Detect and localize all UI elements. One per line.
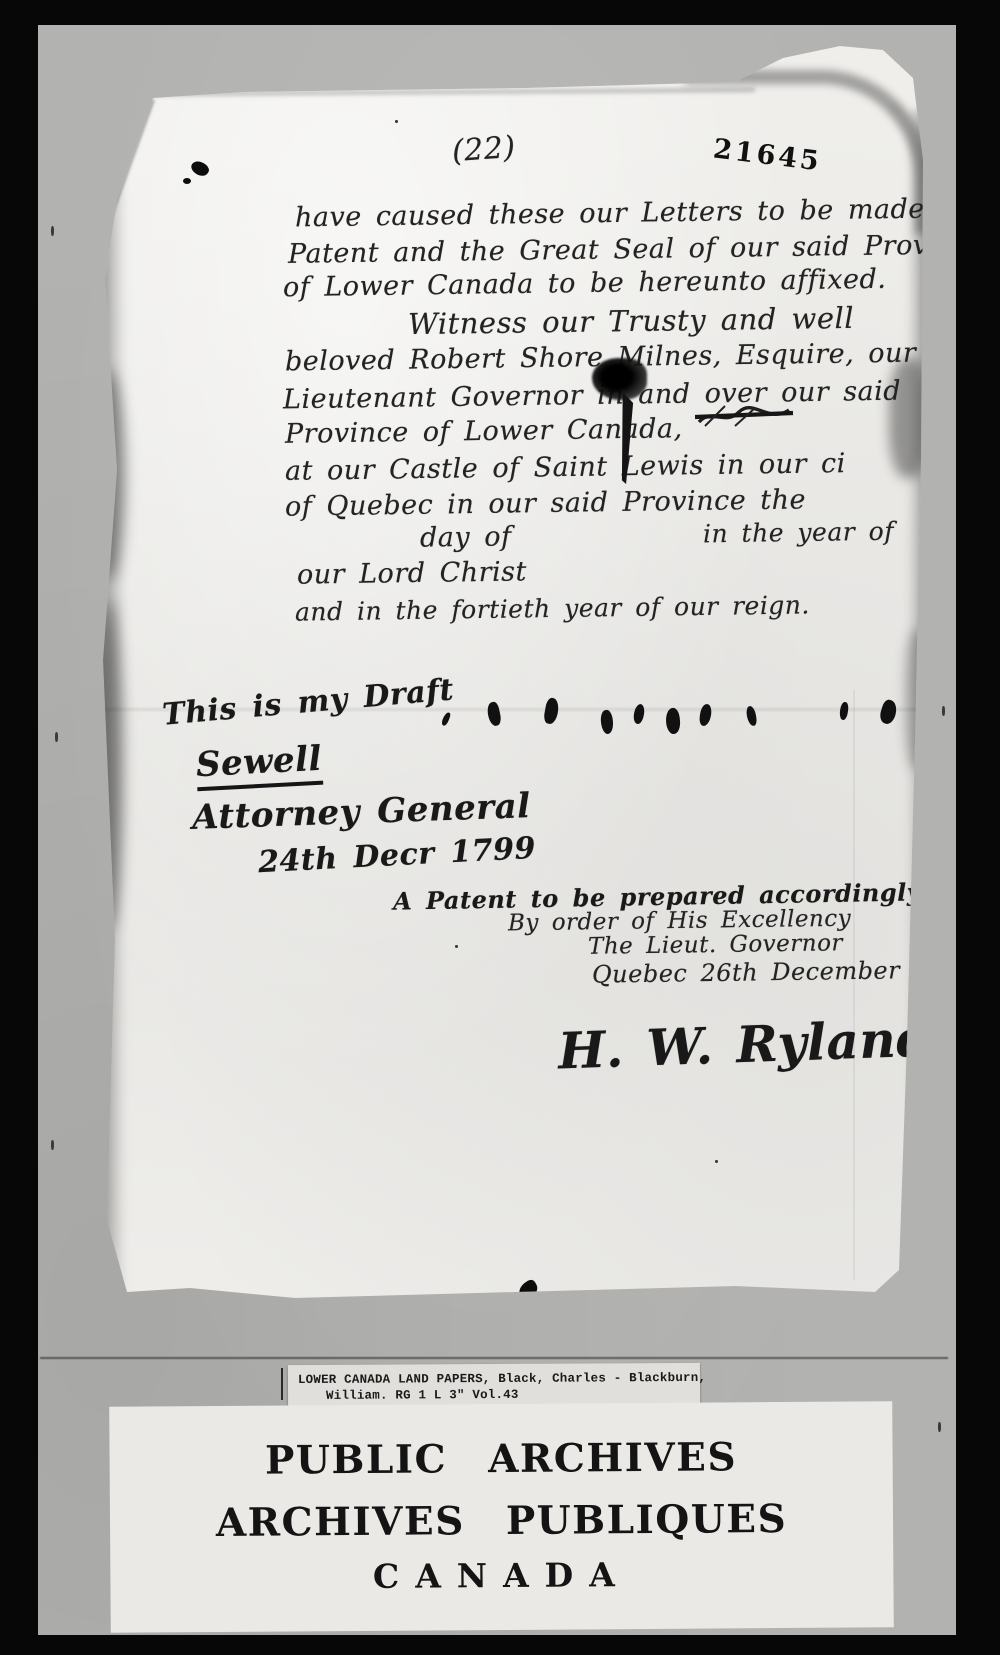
paper-speck (455, 945, 458, 948)
manuscript-line: and in the fortieth year of our reign. (295, 590, 810, 626)
film-frame: (22) 21645 have caused these our Letters… (0, 0, 1000, 1655)
stitch-mark (441, 711, 451, 726)
signer-title: Attorney General (191, 786, 531, 838)
stitch-mark (632, 703, 647, 725)
film-speck (51, 1140, 54, 1150)
stitch-mark (665, 707, 682, 734)
stamp-line-archives-publiques: ARCHIVES PUBLIQUES (110, 1495, 893, 1546)
manuscript-line: Witness our Trusty and well (408, 301, 855, 341)
page-number: (22) (451, 130, 517, 169)
draft-date: 24th Decr 1799 (257, 831, 536, 881)
manuscript-line: of Lower Canada to be hereunto affixed. (283, 264, 887, 303)
ink-blot (183, 178, 191, 184)
paper-speck (395, 120, 398, 123)
document-page: (22) 21645 have caused these our Letters… (95, 40, 927, 1318)
manuscript-in-the-year: in the year of (703, 517, 894, 549)
stamp-line-canada: CANADA (110, 1553, 893, 1597)
manuscript-line: of Quebec in our said Province the (285, 484, 806, 522)
manuscript-line: at our Castle of Saint Lewis in our ci (285, 448, 846, 487)
stitch-mark (486, 701, 503, 727)
draft-note: This is my Draft (161, 672, 455, 732)
sewell-signature-text: Sewell (195, 739, 323, 792)
stitch-mark (599, 709, 614, 734)
film-speck (938, 1422, 941, 1432)
stitch-mark (699, 703, 713, 726)
film-speck (51, 226, 54, 236)
ryland-signature: H. W. Ryland (557, 1008, 933, 1080)
paper-speck (715, 1160, 718, 1163)
film-speck (55, 732, 58, 742)
stitch-mark (878, 698, 900, 725)
manuscript-day-of: day of (420, 521, 512, 553)
ink-blot (189, 158, 211, 179)
film-speck (942, 706, 945, 716)
paper-speck (795, 600, 798, 603)
archives-stamp-card: PUBLIC ARCHIVES ARCHIVES PUBLIQUES CANAD… (109, 1401, 894, 1632)
manuscript-line: our Lord Christ (297, 556, 527, 590)
fold-divider-line (40, 1357, 948, 1359)
order-title-note: The Lieut. Governor (588, 930, 843, 960)
stitch-mark (543, 697, 560, 725)
catalog-label-line2: William. RG 1 L 3" Vol.43 (326, 1388, 519, 1403)
stitch-mark (839, 702, 849, 721)
ink-blot (592, 358, 647, 400)
crossed-out-word (695, 400, 795, 432)
stamp-line-public-archives: PUBLIC ARCHIVES (109, 1433, 892, 1484)
sewell-signature: Sewell (195, 739, 323, 786)
label-edge-tick (281, 1368, 283, 1400)
catalog-label-line1: LOWER CANADA LAND PAPERS, Black, Charles… (298, 1371, 706, 1387)
